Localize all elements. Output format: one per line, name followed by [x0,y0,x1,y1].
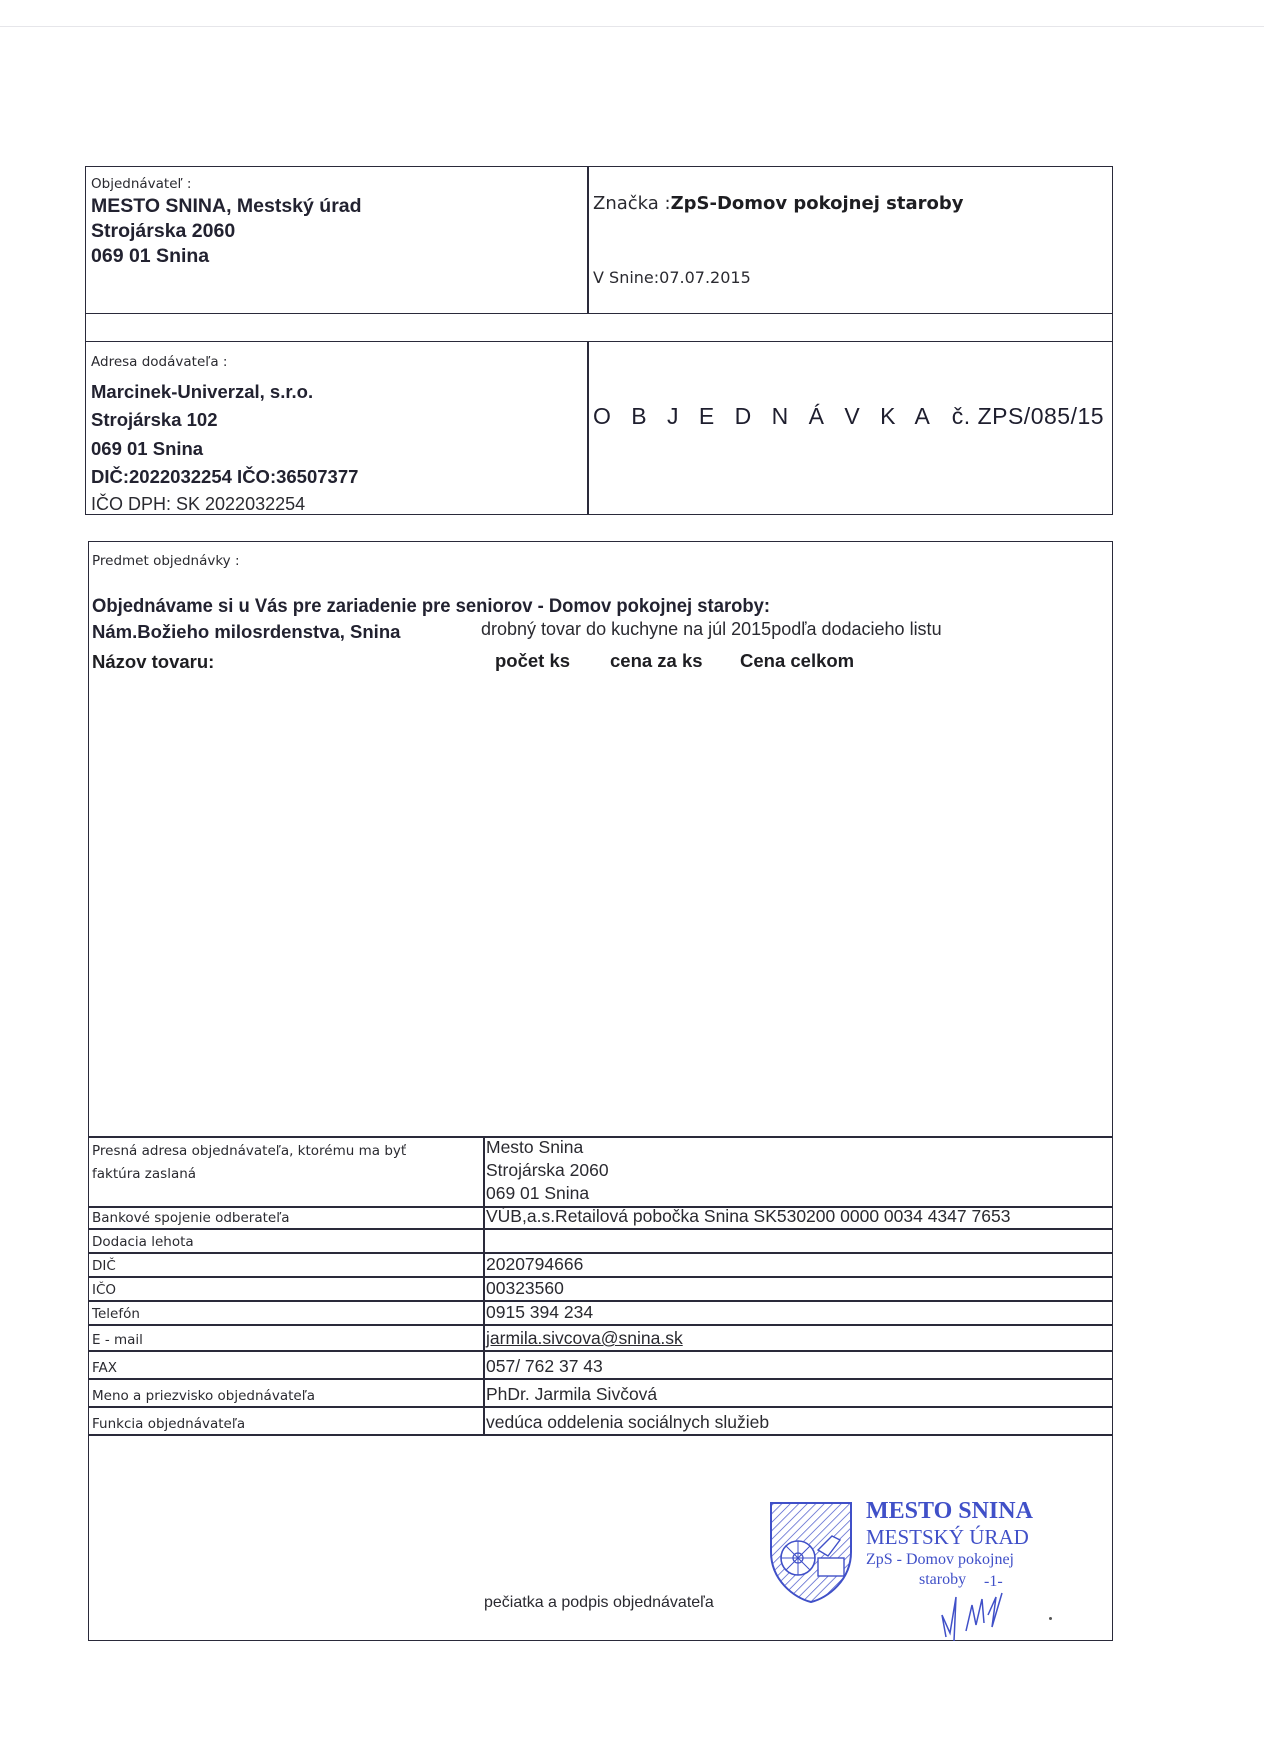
official-stamp: MESTO SNINA MESTSKÝ ÚRAD ZpS - Domov pok… [762,1495,1062,1645]
supplier-street: Strojárska 102 [91,409,218,431]
table-row-value: Mesto Snina [486,1137,583,1158]
table-row-label: Presná adresa objednávateľa, ktorému ma … [92,1143,406,1159]
table-row-value: 00323560 [486,1278,564,1299]
table-row-value: PhDr. Jarmila Sivčová [486,1384,657,1405]
subject-line1: Objednávame si u Vás pre zariadenie pre … [92,596,770,618]
table-row-divider [88,1324,1113,1326]
orderer-name: MESTO SNINA, Mestský úrad [91,195,362,218]
table-row-label: Dodacia lehota [92,1234,194,1250]
table-row-divider [88,1406,1113,1408]
table-row-value: Strojárska 2060 [486,1160,609,1181]
table-row-label: Funkcia objednávateľa [92,1416,245,1432]
signature-caption: pečiatka a podpis objednávateľa [484,1594,714,1612]
table-row-label: IČO [92,1282,116,1298]
table-row-value: 069 01 Snina [486,1183,589,1204]
supplier-divider [587,341,589,515]
table-row-value: 0915 394 234 [486,1302,593,1323]
table-column-divider [483,1324,485,1350]
orderer-label: Objednávateľ : [91,176,191,192]
subject-location: Nám.Božieho milosrdenstva, Snina [92,621,400,643]
col-item-name: Názov tovaru: [92,651,214,673]
table-row-label: Bankové spojenie odberateľa [92,1210,290,1226]
table-column-divider [483,1276,485,1300]
mark-label: Značka : [593,193,671,214]
supplier-ids: DIČ:2022032254 IČO:36507377 [91,466,358,488]
table-row-divider [88,1136,1113,1138]
table-row-value: VÚB,a.s.Retailová pobočka Snina SK530200… [486,1206,1010,1227]
table-column-divider [483,1252,485,1276]
table-row-divider [88,1252,1113,1254]
orderer-street: Strojárska 2060 [91,220,235,243]
signature-scribble-icon [932,1575,1042,1645]
supplier-name: Marcinek-Univerzal, s.r.o. [91,381,313,403]
table-column-divider [483,1136,485,1206]
stamp-line-2: MESTSKÝ ÚRAD [866,1525,1029,1550]
supplier-city: 069 01 Snina [91,438,203,460]
ink-dot [1049,1617,1052,1620]
table-row-value: 2020794666 [486,1254,583,1275]
table-row-label-cont: faktúra zaslaná [92,1166,196,1182]
table-column-divider [483,1378,485,1406]
table-row-label: Telefón [92,1306,140,1322]
page-edge [0,26,1264,27]
table-column-divider [483,1228,485,1252]
mark-field: Značka :ZpS-Domov pokojnej staroby [593,193,963,214]
table-row-divider [88,1276,1113,1278]
mark-value: ZpS-Domov pokojnej staroby [671,193,964,214]
table-row-divider [88,1378,1113,1380]
col-unit-price: cena za ks [610,650,703,672]
orderer-header-box [85,166,1113,314]
table-column-divider [483,1406,485,1434]
table-column-divider [483,1206,485,1228]
subject-box [88,541,1113,1641]
col-total-price: Cena celkom [740,650,854,672]
table-row-label: E - mail [92,1332,143,1348]
table-row-label: Meno a priezvisko objednávateľa [92,1388,315,1404]
table-row-label: FAX [92,1360,117,1376]
orderer-city: 069 01 Snina [91,245,209,268]
coat-of-arms-icon [768,1500,854,1604]
table-row-label: DIČ [92,1258,116,1274]
table-column-divider [483,1350,485,1378]
order-number: č. ZPS/085/15 [952,403,1104,429]
order-title-word: O B J E D N Á V K A [593,403,937,429]
table-row-divider [88,1300,1113,1302]
table-row-divider [88,1350,1113,1352]
spacer-row [85,313,1113,342]
col-quantity: počet ks [495,650,570,672]
supplier-vat-id: IČO DPH: SK 2022032254 [91,494,305,515]
header-divider [587,166,589,314]
stamp-line-1: MESTO SNINA [866,1498,1033,1525]
stamp-line-3: ZpS - Domov pokojnej [866,1551,1014,1569]
subject-description: drobný tovar do kuchyne na júl 2015podľa… [481,619,942,640]
table-column-divider [483,1300,485,1324]
table-bottom-border [88,1434,1113,1436]
table-row-value: 057/ 762 37 43 [486,1356,603,1377]
order-title: O B J E D N Á V K A č. ZPS/085/15 [593,403,1104,430]
supplier-label: Adresa dodávateľa : [91,354,227,370]
place-date: V Snine:07.07.2015 [593,268,751,287]
table-row-value: vedúca oddelenia sociálnych služieb [486,1412,769,1433]
email-link[interactable]: jarmila.sivcova@snina.sk [486,1328,683,1349]
table-row-divider [88,1228,1113,1230]
subject-label: Predmet objednávky : [92,553,240,569]
